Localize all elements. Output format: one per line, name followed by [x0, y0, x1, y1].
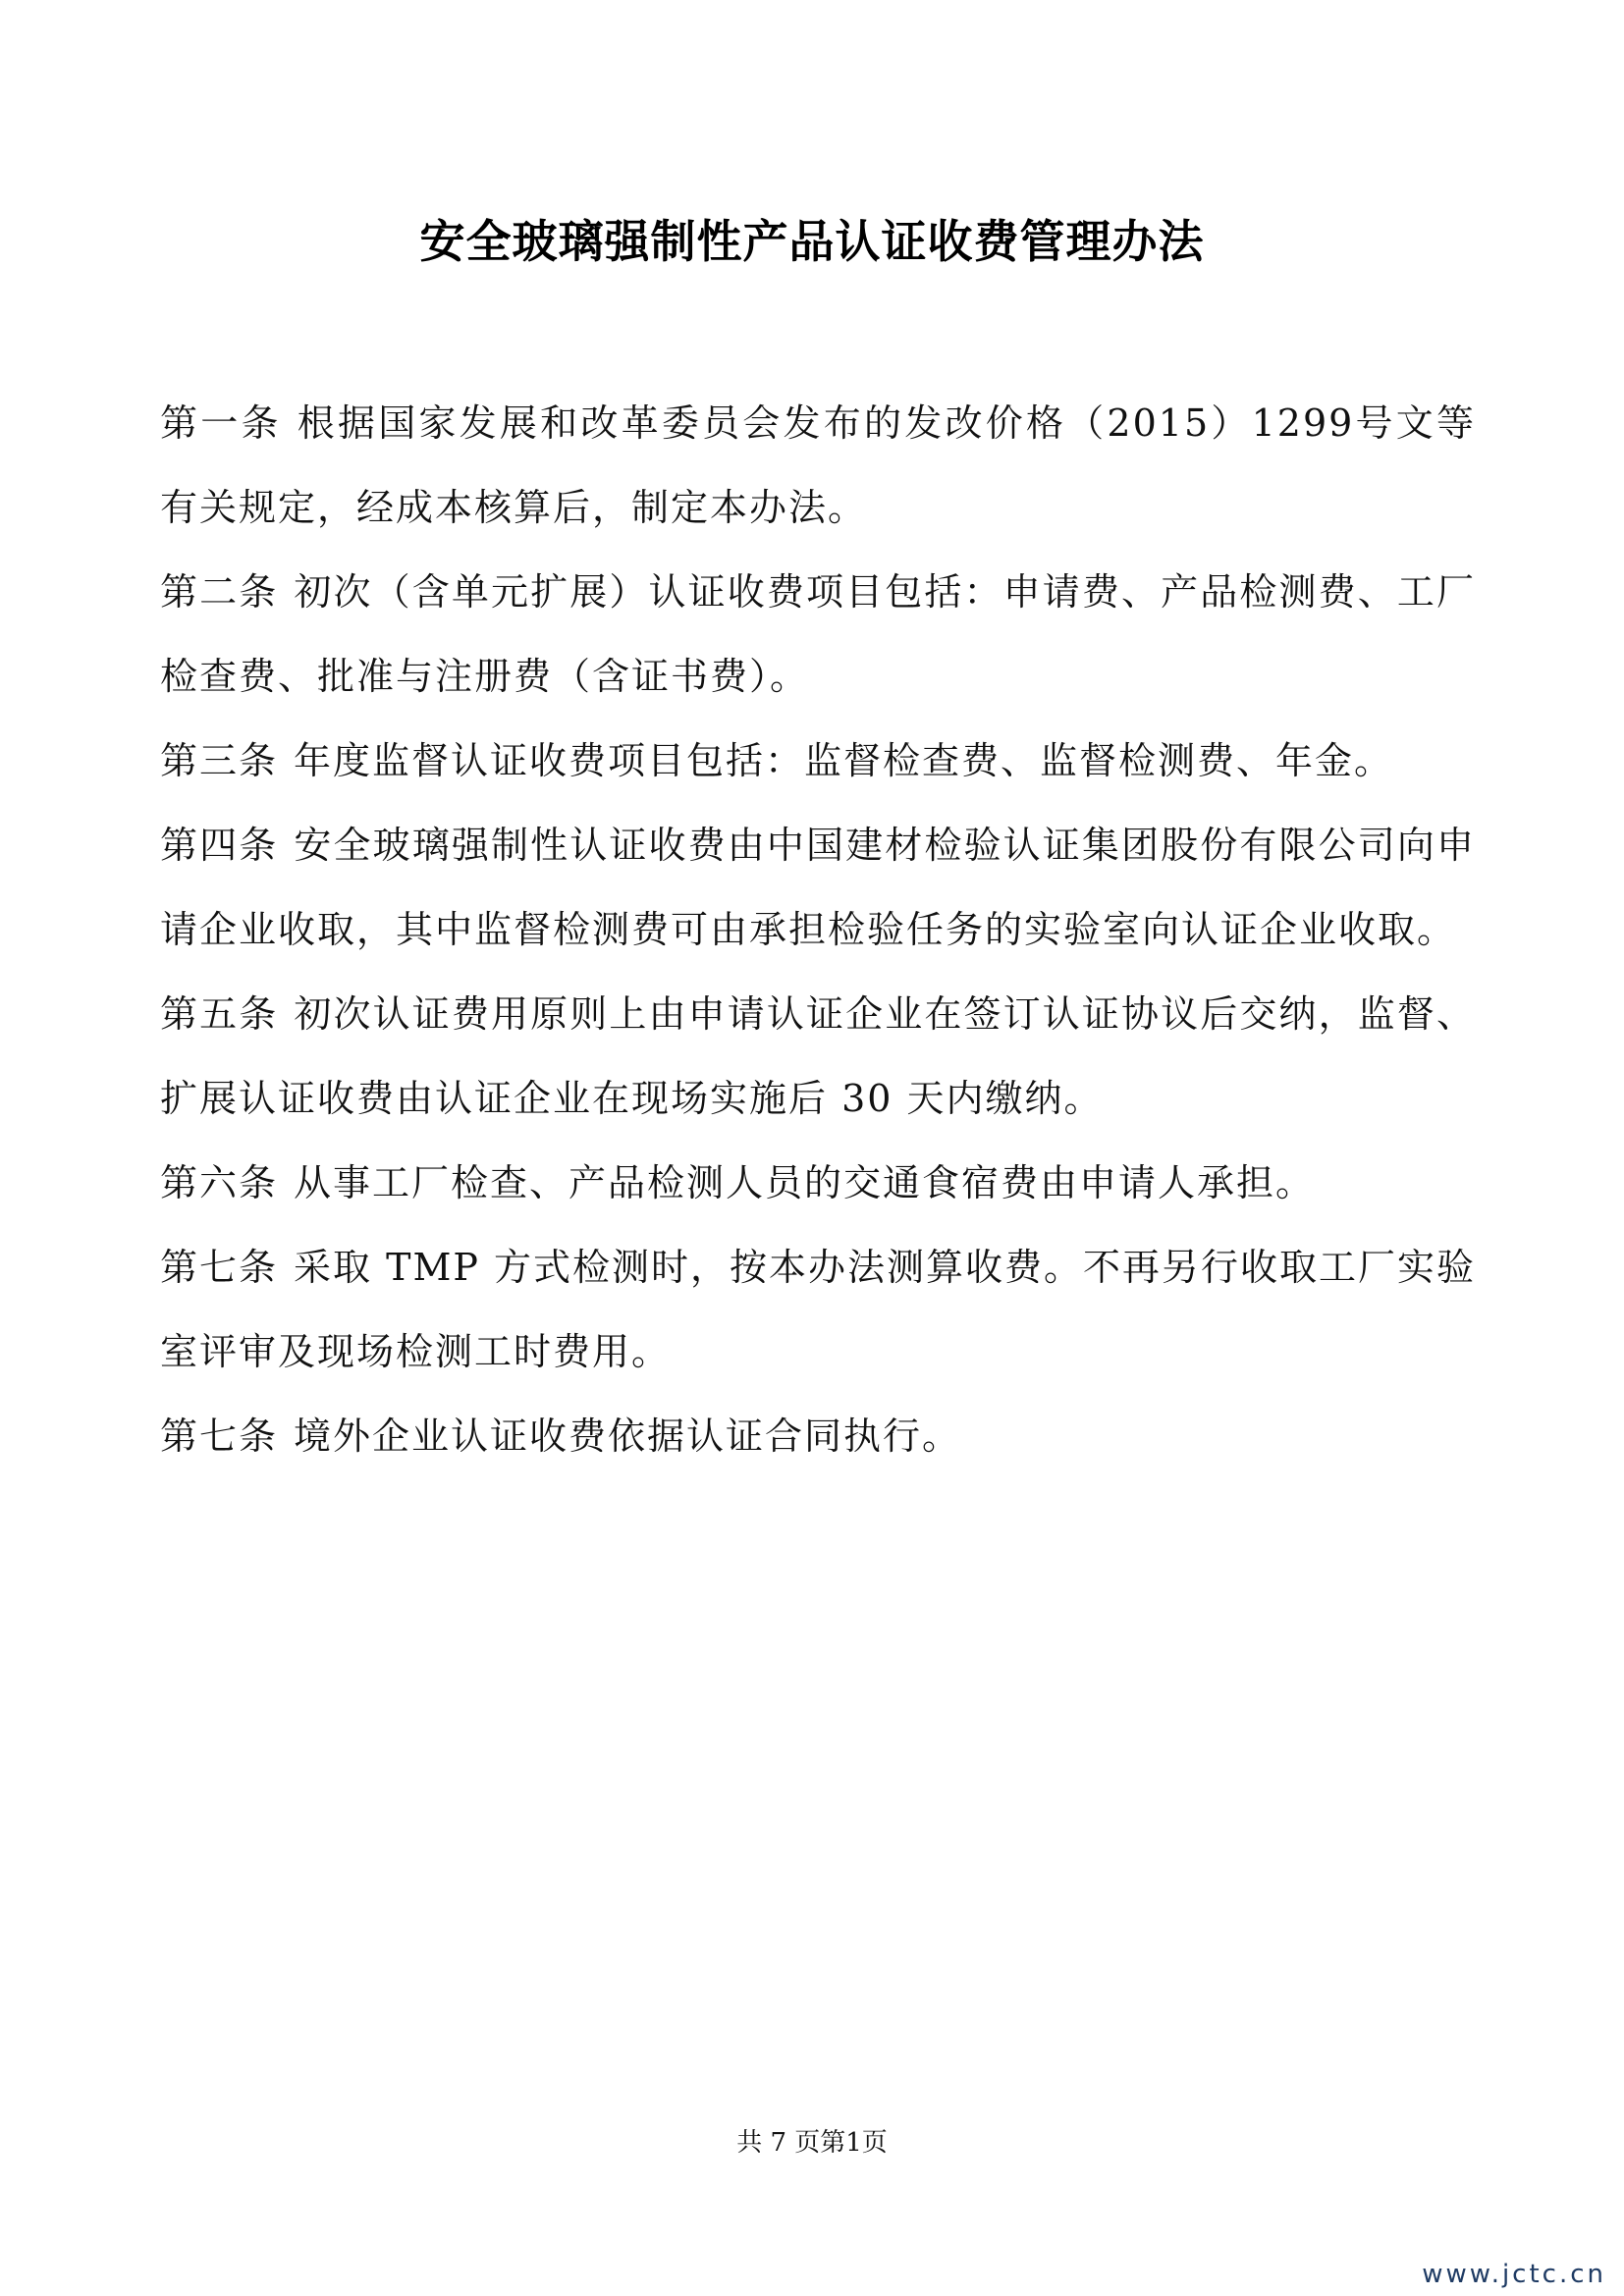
article-text: 采取 TMP 方式检测时，按本办法测算收费。不再另行收取工厂实验室评审及现场检测…: [160, 1246, 1476, 1373]
article-number: 第一条: [160, 401, 282, 445]
article-number: 第三条: [160, 739, 278, 782]
article-text: 安全玻璃强制性认证收费由中国建材检验认证集团股份有限公司向申请企业收取，其中监督…: [160, 824, 1476, 951]
document-body: 第一条根据国家发展和改革委员会发布的发改价格（2015）1299号文等有关规定，…: [160, 381, 1476, 1478]
article-number: 第六条: [160, 1161, 278, 1204]
article-3: 第三条年度监督认证收费项目包括：监督检查费、监督检测费、年金。: [160, 719, 1476, 803]
article-number: 第五条: [160, 992, 278, 1036]
article-text: 根据国家发展和改革委员会发布的发改价格（2015）1299号文等有关规定，经成本…: [160, 401, 1476, 529]
site-watermark: www.jctc.cn: [1422, 2260, 1606, 2289]
article-8: 第七条境外企业认证收费依据认证合同执行。: [160, 1394, 1476, 1478]
document-title: 安全玻璃强制性产品认证收费管理办法: [0, 206, 1624, 271]
article-2: 第二条初次（含单元扩展）认证收费项目包括：申请费、产品检测费、工厂检查费、批准与…: [160, 550, 1476, 719]
article-text: 初次（含单元扩展）认证收费项目包括：申请费、产品检测费、工厂检查费、批准与注册费…: [160, 570, 1476, 698]
article-6: 第六条从事工厂检查、产品检测人员的交通食宿费由申请人承担。: [160, 1141, 1476, 1225]
article-number: 第七条: [160, 1246, 278, 1289]
article-number: 第四条: [160, 824, 278, 867]
article-5: 第五条初次认证费用原则上由申请认证企业在签订认证协议后交纳，监督、扩展认证收费由…: [160, 972, 1476, 1141]
article-7: 第七条采取 TMP 方式检测时，按本办法测算收费。不再另行收取工厂实验室评审及现…: [160, 1225, 1476, 1394]
article-text: 初次认证费用原则上由申请认证企业在签订认证协议后交纳，监督、扩展认证收费由认证企…: [160, 992, 1476, 1120]
page-number: 共 7 页第1页: [0, 2122, 1624, 2159]
article-1: 第一条根据国家发展和改革委员会发布的发改价格（2015）1299号文等有关规定，…: [160, 381, 1476, 550]
article-number: 第七条: [160, 1415, 278, 1458]
article-text: 年度监督认证收费项目包括：监督检查费、监督检测费、年金。: [294, 739, 1393, 782]
article-text: 境外企业认证收费依据认证合同执行。: [294, 1415, 961, 1458]
article-4: 第四条安全玻璃强制性认证收费由中国建材检验认证集团股份有限公司向申请企业收取，其…: [160, 803, 1476, 972]
article-number: 第二条: [160, 570, 278, 614]
article-text: 从事工厂检查、产品检测人员的交通食宿费由申请人承担。: [294, 1161, 1315, 1204]
